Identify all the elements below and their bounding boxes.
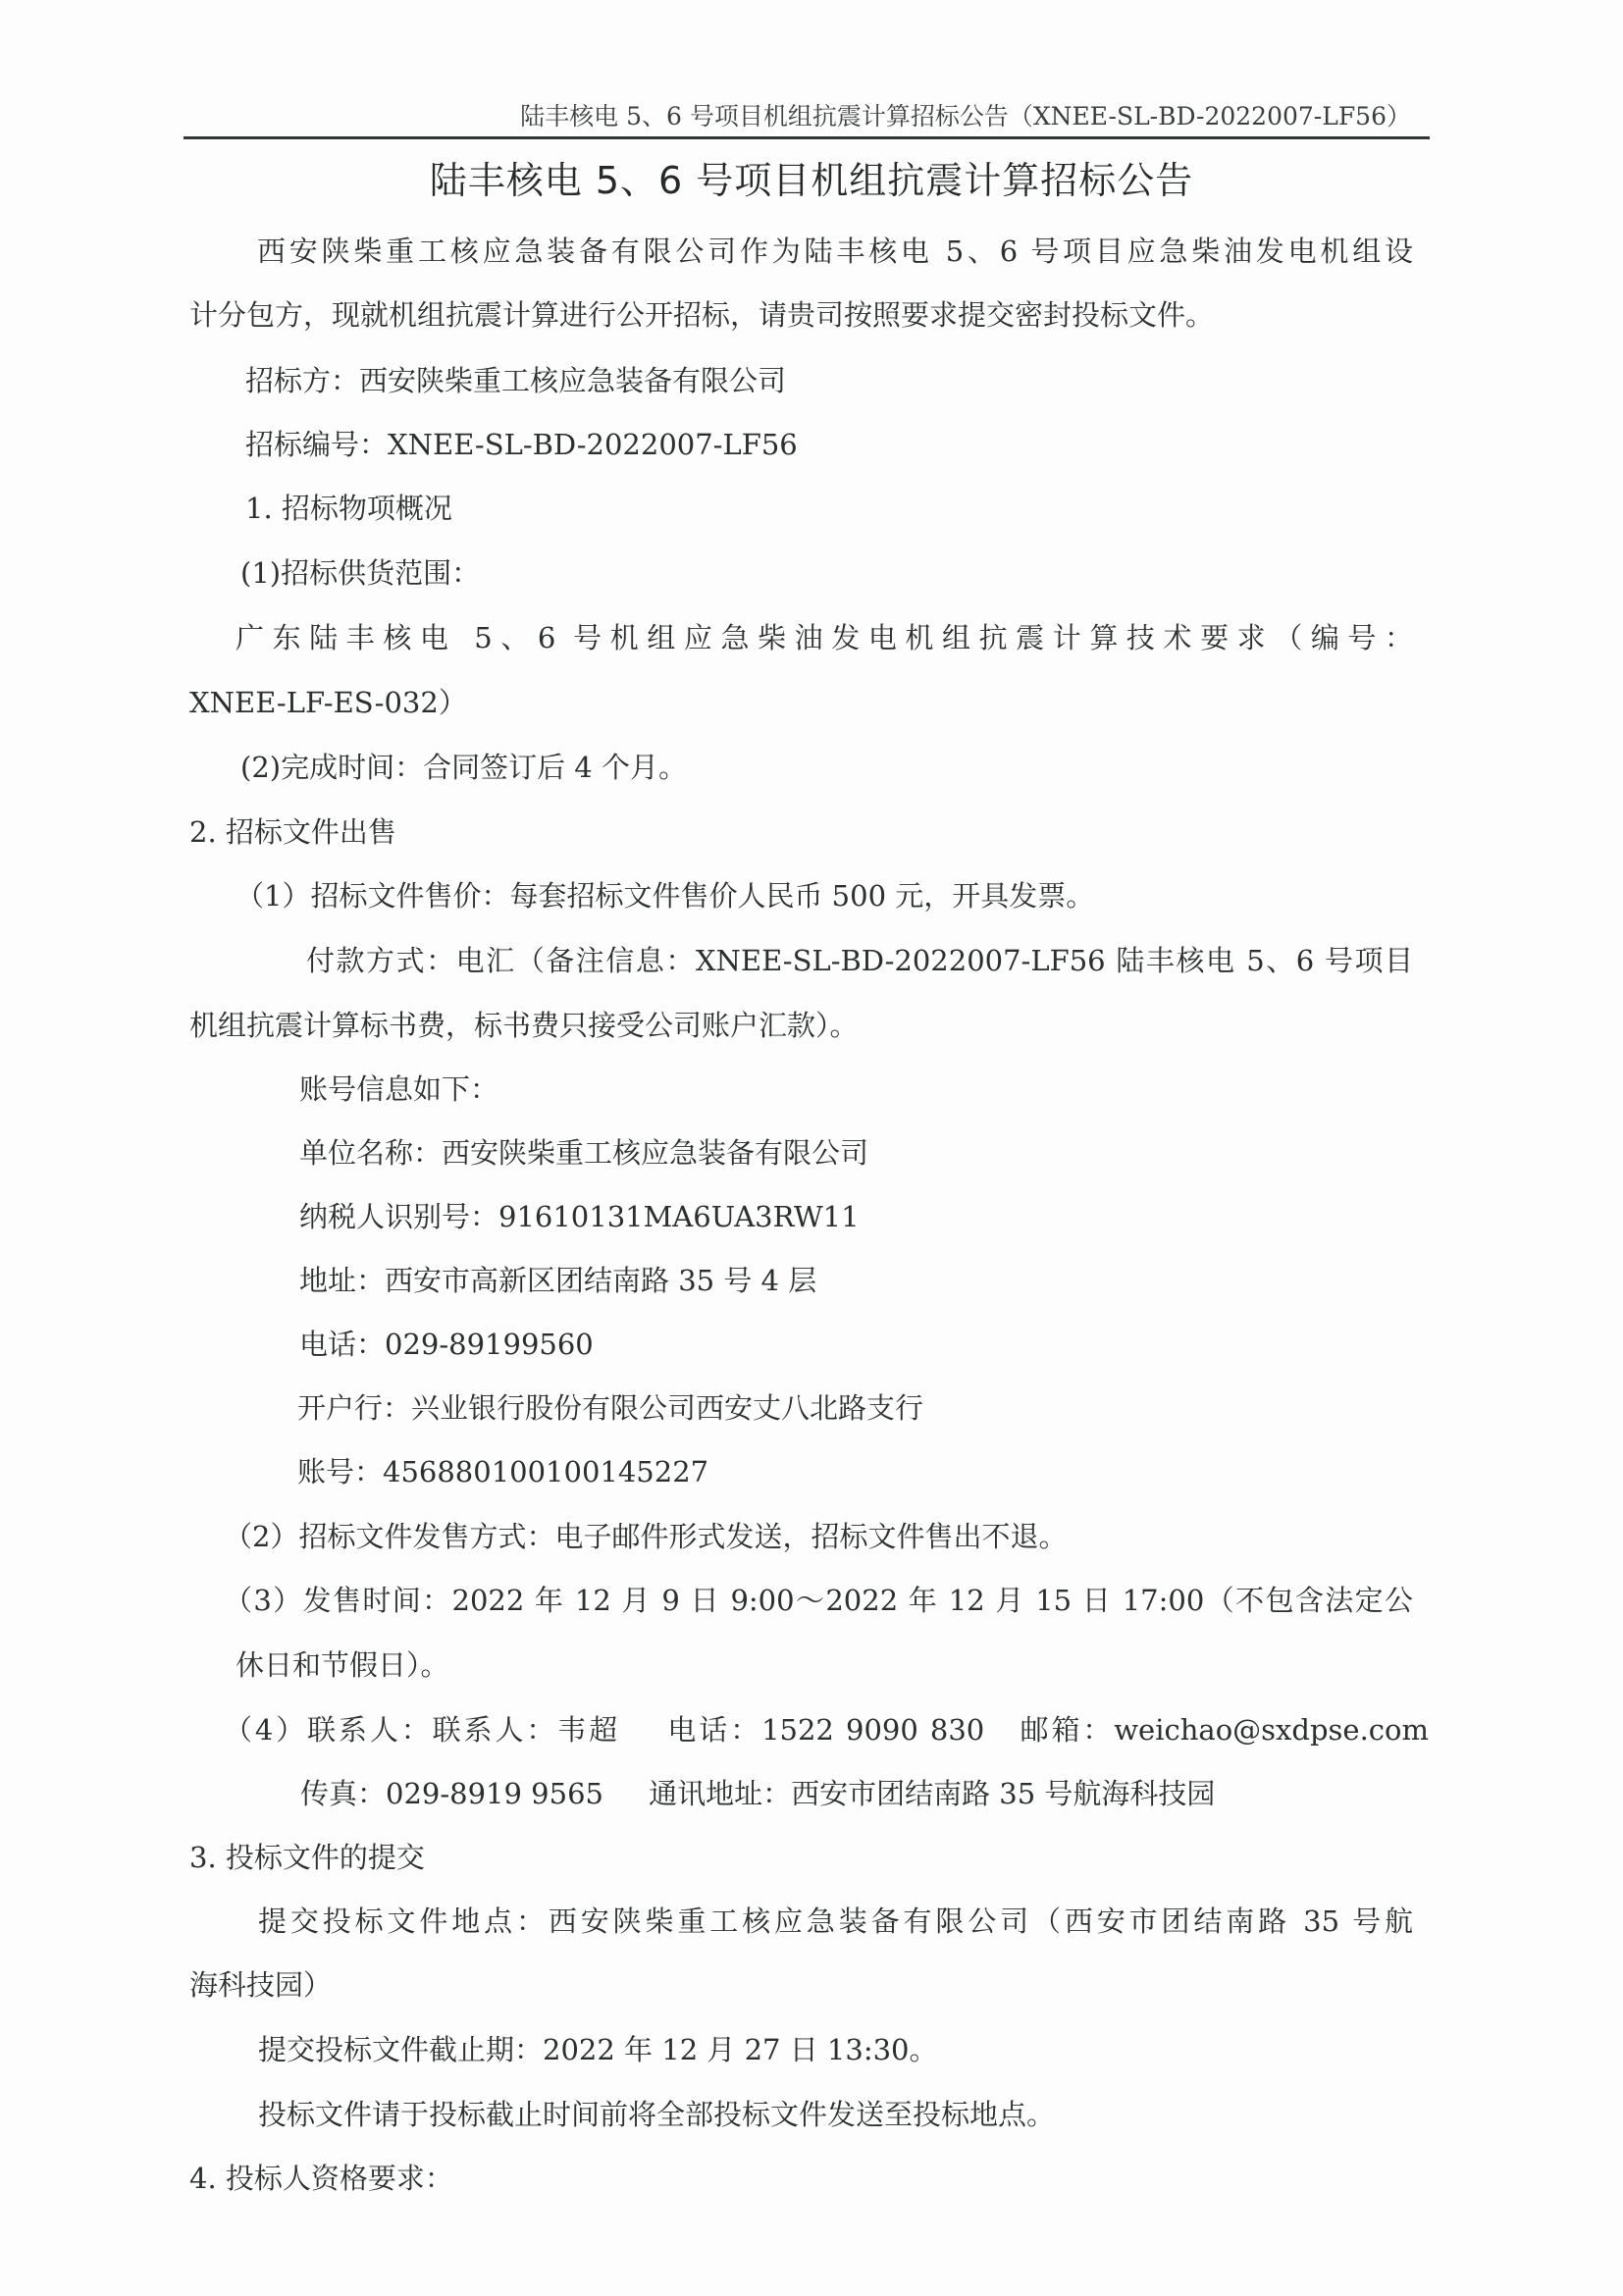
section-2-heading: 2. 招标文件出售 [189,814,396,850]
payment-method-line-2: 机组抗震计算标书费，标书费只接受公司账户汇款）。 [189,1008,859,1043]
account-address: 地址：西安市高新区团结南路 35 号 4 层 [299,1263,816,1298]
section-1-item-2: (2)完成时间：合同签订后 4 个月。 [240,750,687,785]
section-2-item-2: （2）招标文件发售方式：电子邮件形式发送，招标文件售出不退。 [224,1519,1067,1554]
section-2-item-1: （1）招标文件售价：每套招标文件售价人民币 500 元，开具发票。 [236,878,1094,913]
tender-number-line: 招标编号：XNEE-SL-BD-2022007-LF56 [245,427,798,462]
section-2-item-3-line-1: （3）发售时间：2022 年 12 月 9 日 9:00～2022 年 12 月… [224,1583,1413,1618]
payment-method-line-1: 付款方式：电汇（备注信息：XNEE-SL-BD-2022007-LF56 陆丰核… [306,943,1413,978]
section-1-heading: 1. 招标物项概况 [245,491,452,526]
account-number: 账号：456880100100145227 [297,1454,708,1489]
section-4-heading: 4. 投标人资格要求： [189,2161,453,2196]
section-3-heading: 3. 投标文件的提交 [189,1840,425,1875]
section-2-item-3-line-2: 休日和节假日）。 [236,1647,449,1683]
submission-location-line-2: 海科技园） [189,1967,332,2003]
account-tax-id: 纳税人识别号：91610131MA6UA3RW11 [299,1199,860,1234]
document-page: 陆丰核电 5、6 号项目机组抗震计算招标公告（XNEE-SL-BD-202200… [0,0,1623,2296]
section-2-item-4-contact: （4）联系人：联系人：韦超 电话：1522 9090 830 邮箱：weicha… [224,1712,1429,1748]
document-title: 陆丰核电 5、6 号项目机组抗震计算招标公告 [0,157,1623,204]
section-1-item-1-line-1: 广东陆丰核电 5、6 号机组应急柴油发电机组抗震计算技术要求（编号： [236,620,1413,655]
account-info-intro: 账号信息如下： [299,1071,498,1107]
section-1-item-1-label: (1)招标供货范围： [240,555,480,591]
running-header: 陆丰核电 5、6 号项目机组抗震计算招标公告（XNEE-SL-BD-202200… [520,102,1411,131]
account-company-name: 单位名称：西安陕柴重工核应急装备有限公司 [299,1135,868,1171]
account-phone: 电话：029-89199560 [299,1327,594,1362]
intro-line-2: 计分包方，现就机组抗震计算进行公开招标，请贵司按照要求提交密封投标文件。 [189,297,1214,333]
intro-line-1: 西安陕柴重工核应急装备有限公司作为陆丰核电 5、6 号项目应急柴油发电机组设 [257,234,1413,269]
submission-location-line-1: 提交投标文件地点：西安陕柴重工核应急装备有限公司（西安市团结南路 35 号航 [258,1904,1413,1939]
submission-note: 投标文件请于投标截止时间前将全部投标文件发送至投标地点。 [258,2097,1055,2132]
submission-deadline: 提交投标文件截止期：2022 年 12 月 27 日 13:30。 [258,2032,938,2067]
header-rule [183,136,1430,139]
section-1-item-1-line-2: XNEE-LF-ES-032） [189,685,467,720]
section-2-item-4-fax-address: 传真：029-8919 9565 通讯地址：西安市团结南路 35 号航海科技园 [300,1776,1215,1811]
tenderer-line: 招标方：西安陕柴重工核应急装备有限公司 [245,363,786,398]
account-bank: 开户行：兴业银行股份有限公司西安丈八北路支行 [297,1390,923,1426]
